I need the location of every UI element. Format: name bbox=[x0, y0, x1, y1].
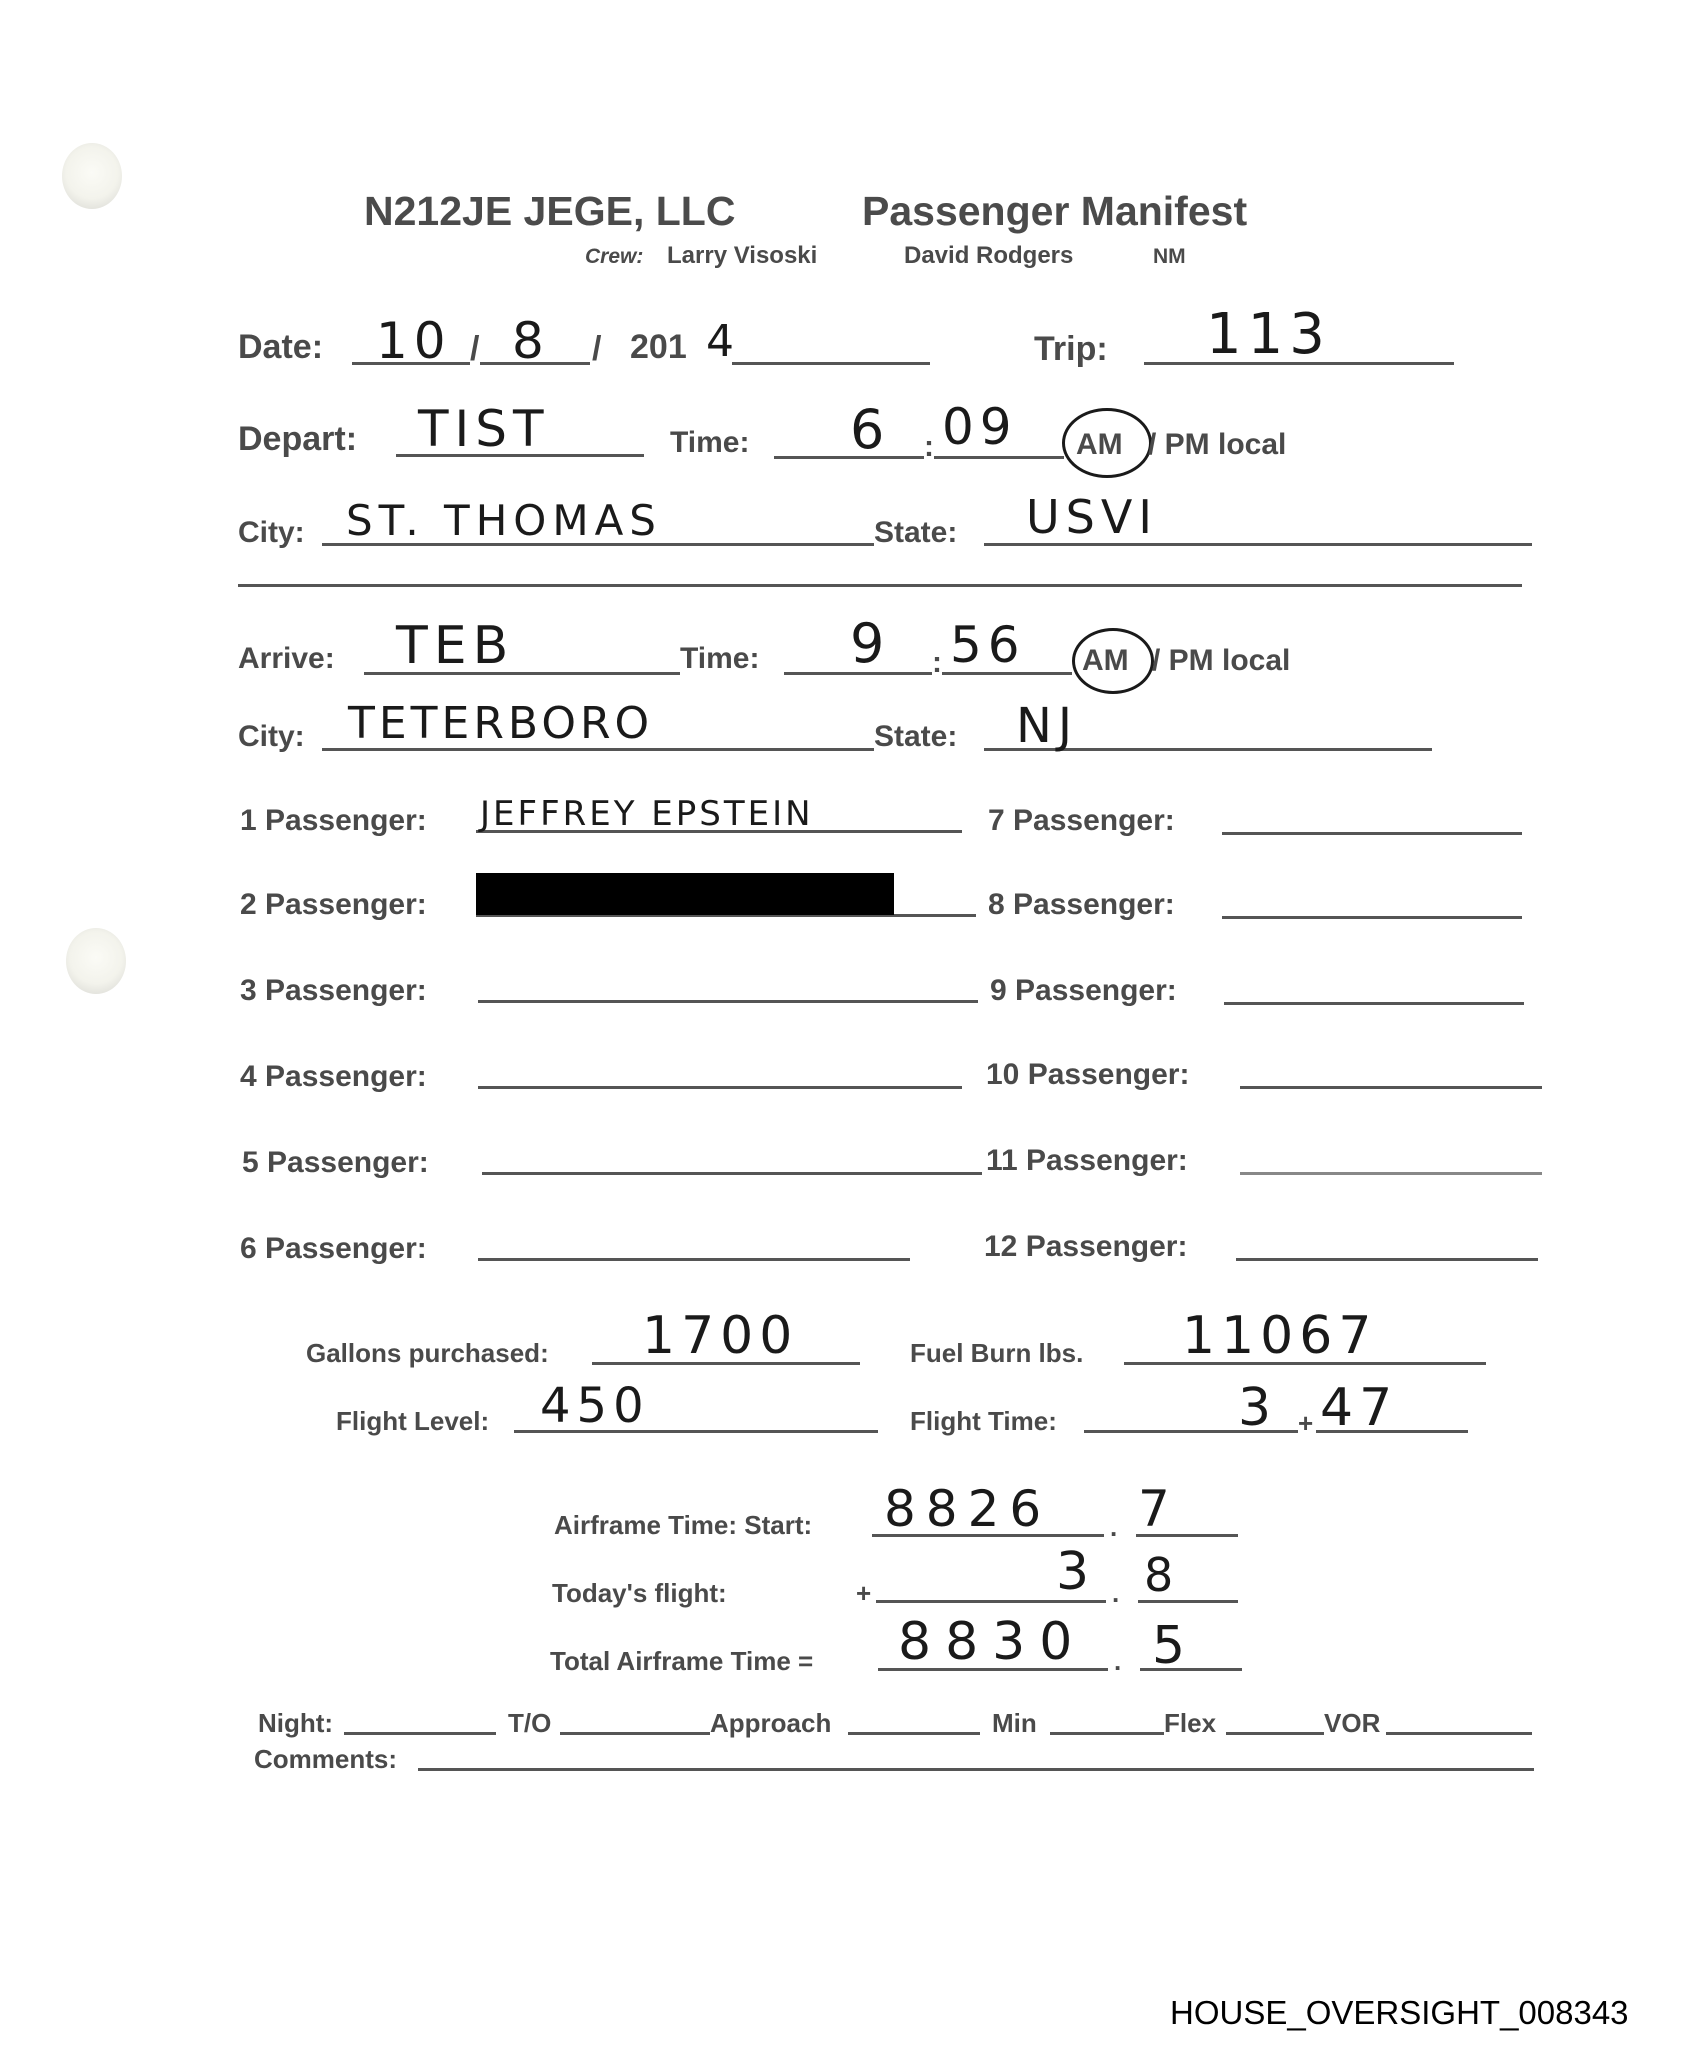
vor-line[interactable] bbox=[1386, 1732, 1532, 1735]
arrive-state-label: State: bbox=[874, 720, 957, 754]
gallons-value[interactable]: 1700 bbox=[642, 1306, 798, 1366]
flight-time-minutes-value[interactable]: 47 bbox=[1320, 1378, 1398, 1438]
arrive-city-label: City: bbox=[238, 720, 305, 754]
night-line[interactable] bbox=[344, 1732, 496, 1735]
crew-member-2: David Rodgers bbox=[904, 242, 1073, 270]
hole-punch-middle bbox=[66, 928, 126, 994]
arrive-state-value[interactable]: NJ bbox=[1016, 698, 1078, 754]
passenger-5-label: 5 Passenger: bbox=[242, 1146, 429, 1180]
gallons-label: Gallons purchased: bbox=[306, 1338, 549, 1369]
arrive-time-label: Time: bbox=[680, 642, 759, 676]
depart-city-label: City: bbox=[238, 516, 305, 550]
depart-minute-value[interactable]: 09 bbox=[942, 398, 1018, 456]
airframe-start-tenth-value[interactable]: 7 bbox=[1138, 1480, 1176, 1538]
takeoff-line[interactable] bbox=[560, 1732, 710, 1735]
total-airframe-dot: . bbox=[1114, 1646, 1121, 1677]
depart-time-label: Time: bbox=[670, 426, 749, 460]
airframe-start-dot: . bbox=[1110, 1512, 1117, 1543]
flight-time-label: Flight Time: bbox=[910, 1406, 1057, 1437]
passenger-4-label: 4 Passenger: bbox=[240, 1060, 427, 1094]
flight-level-value[interactable]: 450 bbox=[540, 1378, 650, 1434]
date-sep-1: / bbox=[470, 330, 479, 369]
date-year-prefix: 201 bbox=[630, 328, 687, 367]
passenger-1-label: 1 Passenger: bbox=[240, 804, 427, 838]
passenger-10-label: 10 Passenger: bbox=[986, 1058, 1189, 1092]
flight-time-hours-value[interactable]: 3 bbox=[1238, 1378, 1277, 1438]
airframe-start-whole-value[interactable]: 8826 bbox=[884, 1480, 1051, 1538]
airframe-start-label: Airframe Time: Start: bbox=[554, 1510, 812, 1541]
todays-flight-tenth-value[interactable]: 8 bbox=[1144, 1548, 1179, 1602]
depart-minute-line bbox=[934, 456, 1064, 459]
date-day-value[interactable]: 8 bbox=[512, 312, 550, 370]
form-title-company: N212JE JEGE, LLC bbox=[364, 188, 735, 235]
arrive-city-value[interactable]: TETERBORO bbox=[348, 698, 653, 749]
passenger-11-line[interactable] bbox=[1240, 1172, 1542, 1175]
arrive-label: Arrive: bbox=[238, 642, 335, 676]
todays-flight-label: Today's flight: bbox=[552, 1578, 727, 1609]
passenger-9-line[interactable] bbox=[1224, 1002, 1524, 1005]
passenger-9-label: 9 Passenger: bbox=[990, 974, 1177, 1008]
passenger-7-label: 7 Passenger: bbox=[988, 804, 1175, 838]
date-year-line bbox=[732, 362, 930, 365]
todays-flight-dot: . bbox=[1112, 1578, 1119, 1609]
form-title: Passenger Manifest bbox=[862, 188, 1247, 235]
arrive-am-option[interactable]: AM bbox=[1082, 644, 1129, 678]
passenger-6-label: 6 Passenger: bbox=[240, 1232, 427, 1266]
trip-label: Trip: bbox=[1034, 330, 1108, 369]
flight-time-plus: + bbox=[1298, 1408, 1313, 1439]
fuel-burn-label: Fuel Burn lbs. bbox=[910, 1338, 1083, 1369]
min-line[interactable] bbox=[1050, 1732, 1164, 1735]
arrive-time-colon: : bbox=[932, 646, 942, 680]
todays-flight-whole-value[interactable]: 3 bbox=[1056, 1542, 1095, 1602]
passenger-8-line[interactable] bbox=[1222, 916, 1522, 919]
crew-member-3: NM bbox=[1153, 245, 1186, 269]
fuel-burn-value[interactable]: 11067 bbox=[1182, 1306, 1377, 1366]
passenger-12-line[interactable] bbox=[1236, 1258, 1538, 1261]
passenger-8-label: 8 Passenger: bbox=[988, 888, 1175, 922]
takeoff-label: T/O bbox=[508, 1708, 551, 1739]
passenger-7-line[interactable] bbox=[1222, 832, 1522, 835]
total-airframe-whole-value[interactable]: 8830 bbox=[898, 1612, 1086, 1672]
depart-pm-local[interactable]: / PM local bbox=[1148, 428, 1286, 462]
comments-line[interactable] bbox=[418, 1768, 1534, 1771]
night-label: Night: bbox=[258, 1708, 333, 1739]
arrive-hour-value[interactable]: 9 bbox=[850, 612, 890, 675]
arrive-value[interactable]: TEB bbox=[396, 616, 514, 676]
crew-member-1: Larry Visoski bbox=[667, 242, 817, 270]
depart-hour-line bbox=[774, 456, 924, 459]
flex-label: Flex bbox=[1164, 1708, 1216, 1739]
depart-label: Depart: bbox=[238, 420, 357, 459]
arrive-minute-value[interactable]: 56 bbox=[950, 616, 1026, 674]
trip-value[interactable]: 113 bbox=[1206, 302, 1331, 367]
passenger-10-line[interactable] bbox=[1240, 1086, 1542, 1089]
arrive-pm-local[interactable]: / PM local bbox=[1152, 644, 1290, 678]
depart-state-label: State: bbox=[874, 516, 957, 550]
passenger-11-label: 11 Passenger: bbox=[986, 1144, 1188, 1178]
flex-line[interactable] bbox=[1226, 1732, 1324, 1735]
depart-hour-value[interactable]: 6 bbox=[850, 398, 890, 461]
separator-line bbox=[238, 584, 1522, 587]
todays-flight-plus: + bbox=[856, 1578, 871, 1609]
depart-time-colon: : bbox=[924, 430, 934, 464]
depart-state-value[interactable]: USVI bbox=[1026, 490, 1158, 544]
depart-city-value[interactable]: ST. THOMAS bbox=[346, 496, 662, 545]
comments-label: Comments: bbox=[254, 1744, 397, 1775]
depart-am-option[interactable]: AM bbox=[1076, 428, 1123, 462]
passenger-12-label: 12 Passenger: bbox=[984, 1230, 1187, 1264]
crew-label: Crew: bbox=[585, 245, 643, 269]
passenger-1-value[interactable]: JEFFREY EPSTEIN bbox=[480, 794, 814, 834]
passenger-3-line[interactable] bbox=[478, 1000, 978, 1003]
total-airframe-tenth-value[interactable]: 5 bbox=[1152, 1616, 1191, 1676]
approach-line[interactable] bbox=[848, 1732, 980, 1735]
passenger-5-line[interactable] bbox=[482, 1172, 982, 1175]
hole-punch-top bbox=[62, 143, 122, 209]
total-airframe-label: Total Airframe Time = bbox=[550, 1646, 813, 1677]
passenger-2-label: 2 Passenger: bbox=[240, 888, 427, 922]
bates-number: HOUSE_OVERSIGHT_008343 bbox=[1170, 1994, 1629, 2032]
passenger-2-redaction bbox=[476, 873, 894, 915]
vor-label: VOR bbox=[1324, 1708, 1380, 1739]
min-label: Min bbox=[992, 1708, 1037, 1739]
passenger-6-line[interactable] bbox=[478, 1258, 910, 1261]
date-sep-2: / bbox=[592, 330, 601, 369]
depart-value[interactable]: TIST bbox=[418, 400, 550, 458]
date-label: Date: bbox=[238, 328, 323, 367]
passenger-4-line[interactable] bbox=[478, 1086, 962, 1089]
date-month-value[interactable]: 10 bbox=[376, 312, 452, 370]
date-year-digit[interactable]: 4 bbox=[706, 316, 740, 367]
passenger-3-label: 3 Passenger: bbox=[240, 974, 427, 1008]
approach-label: Approach bbox=[710, 1708, 831, 1739]
flight-level-label: Flight Level: bbox=[336, 1406, 489, 1437]
